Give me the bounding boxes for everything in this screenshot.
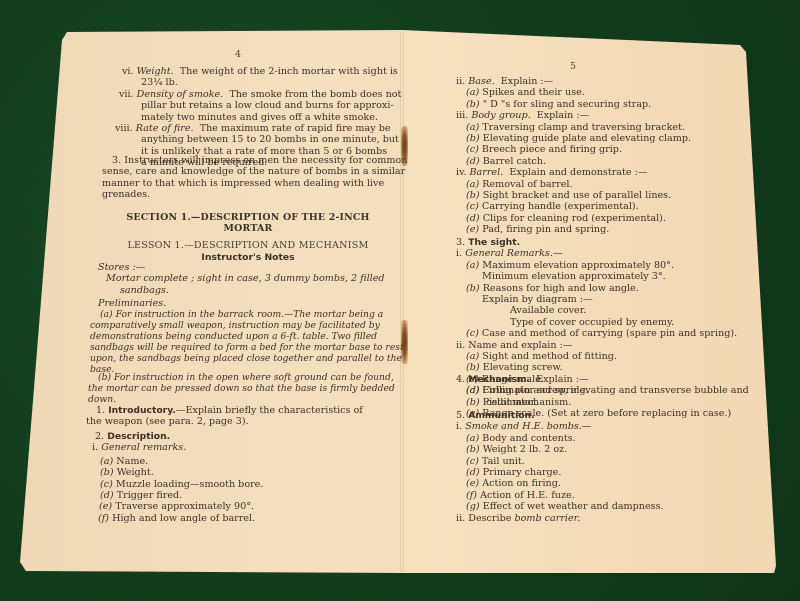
base-section: ii. Base. Explain :— (a) Spikes and thei… — [456, 76, 746, 236]
page-number-left: 4 — [235, 49, 241, 60]
introductory-paragraph: 1. Introductory.—Explain briefly the cha… — [86, 405, 396, 428]
item-weight: vi. Weight. The weight of the 2-inch mor… — [113, 66, 383, 77]
ammunition-section: 5. Ammunition. i. Smoke and H.E. bombs.—… — [456, 410, 756, 524]
item-density-cont: pillar but retains a low cloud and burns… — [113, 100, 383, 111]
booklet-spine — [400, 32, 404, 572]
paragraph-3: 3. Instructors will impress on men the n… — [102, 155, 392, 201]
item-rate: viii. Rate of fire. The maximum rate of … — [113, 123, 383, 134]
mechanism-section: 4. Mechanism. Explain :— (a) Firing pin … — [456, 374, 756, 408]
preliminaries-b: (b) For instruction in the open where so… — [88, 372, 393, 405]
lesson-title: LESSON 1.—DESCRIPTION AND MECHANISM — [108, 240, 388, 251]
section-heading: SECTION 1.—DESCRIPTION OF THE 2-INCH MOR… — [108, 212, 388, 264]
stores-block: Stores :— Mortar complete ; sight in cas… — [96, 262, 396, 310]
page-number-right: 5 — [570, 61, 576, 72]
preliminaries-a: (a) For instruction in the barrack room.… — [90, 309, 395, 375]
item-weight-cont: 23¼ lb. — [113, 77, 383, 88]
item-rate-cont: anything between 15 to 20 bombs in one m… — [113, 134, 383, 145]
item-density: vii. Density of smoke. The smoke from th… — [113, 89, 383, 100]
description-section: 2. Description. i. General remarks. (a) … — [92, 431, 392, 524]
item-density-cont: mately two minutes and gives off a white… — [113, 112, 383, 123]
left-page-items: vi. Weight. The weight of the 2-inch mor… — [113, 66, 383, 169]
open-booklet: 4 vi. Weight. The weight of the 2-inch m… — [0, 0, 800, 601]
